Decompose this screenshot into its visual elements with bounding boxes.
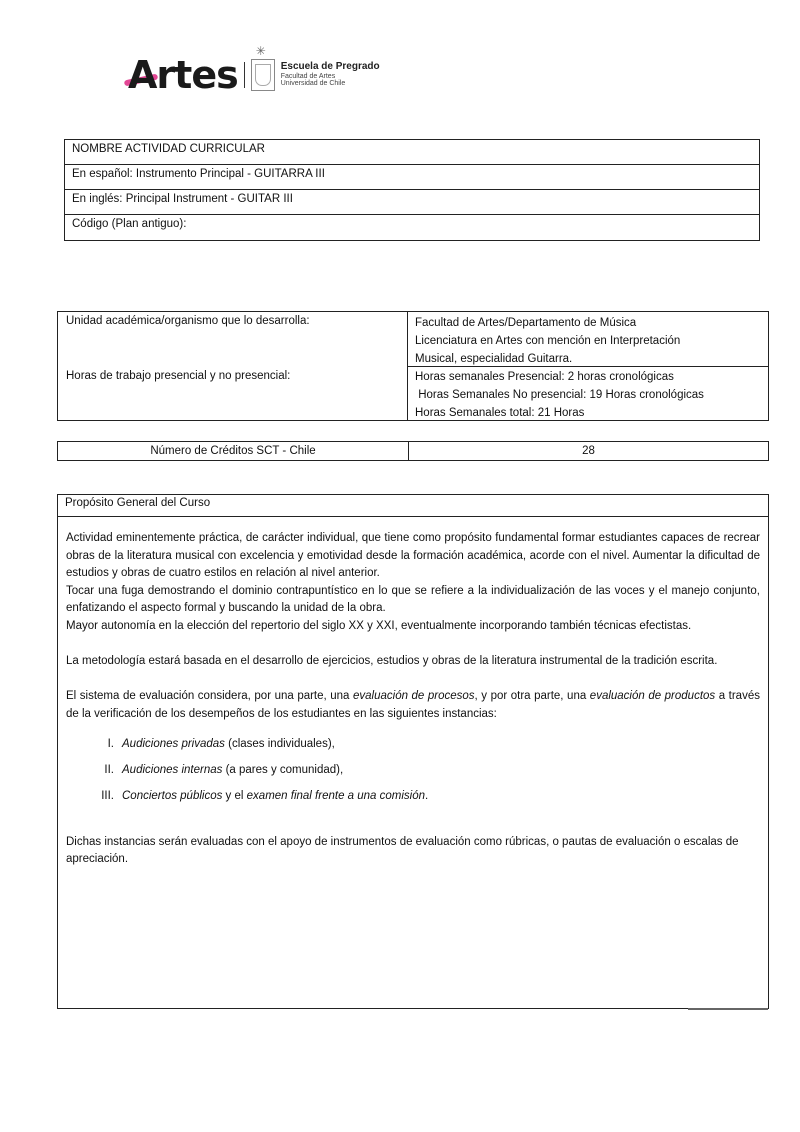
evaluation-instances-list: I. Audiciones privadas (clases individua… (66, 736, 760, 814)
list-number: II. (88, 762, 114, 780)
logo-text: Escuela de Pregrado Facultad de Artes Un… (281, 62, 380, 87)
credits-value: 28 (409, 442, 768, 460)
unit-hours-table: Unidad académica/organismo que lo desarr… (57, 311, 769, 421)
list-text: . (425, 790, 428, 802)
evaluation-paragraph: El sistema de evaluación considera, por … (66, 688, 760, 723)
list-text: (a pares y comunidad), (222, 764, 343, 776)
hours-label: Horas de trabajo presencial y no presenc… (66, 370, 290, 382)
evaluation-products-term: evaluación de productos (590, 690, 715, 702)
border-artifact (688, 1008, 768, 1010)
list-text: y el (222, 790, 246, 802)
activity-code-row: Código (Plan antiguo): (65, 215, 759, 240)
list-term: Audiciones privadas (122, 738, 225, 750)
hours-no-presencial: Horas Semanales No presencial: 19 Horas … (415, 386, 761, 404)
course-purpose-box: Propósito General del Curso Actividad em… (57, 494, 769, 1009)
purpose-paragraph-2: Tocar una fuga demostrando el dominio co… (66, 583, 760, 618)
hours-value: Horas semanales Presencial: 2 horas cron… (408, 367, 768, 423)
purpose-title: Propósito General del Curso (58, 495, 768, 517)
list-item: II. Audiciones internas (a pares y comun… (66, 762, 760, 788)
list-item: III. Conciertos públicos y el examen fin… (66, 788, 760, 814)
unit-value-line: Facultad de Artes/Departamento de Música (415, 314, 761, 332)
instruments-paragraph: Dichas instancias serán evaluadas con el… (66, 834, 760, 869)
logo-faculty: Facultad de Artes (281, 73, 380, 80)
methodology-paragraph: La metodología estará basada en el desar… (66, 653, 760, 671)
list-item: I. Audiciones privadas (clases individua… (66, 736, 760, 762)
purpose-paragraph-3: Mayor autonomía en la elección del reper… (66, 618, 760, 636)
activity-spanish-row: En español: Instrumento Principal - GUIT… (65, 165, 759, 190)
activity-english-row: En inglés: Principal Instrument - GUITAR… (65, 190, 759, 215)
credits-table: Número de Créditos SCT - Chile 28 (57, 441, 769, 461)
university-crest-icon (251, 59, 275, 91)
text: , y por otra parte, una (475, 690, 590, 702)
logo-school: Escuela de Pregrado (281, 62, 380, 73)
unit-value-line: Licenciatura en Artes con mención en Int… (415, 332, 761, 350)
unit-hours-values: Facultad de Artes/Departamento de Música… (408, 312, 768, 420)
unit-label: Unidad académica/organismo que lo desarr… (66, 315, 310, 327)
purpose-body: Actividad eminentemente práctica, de car… (58, 530, 768, 869)
text: El sistema de evaluación considera, por … (66, 690, 353, 702)
logo-divider (244, 62, 245, 88)
activity-title-row: NOMBRE ACTIVIDAD CURRICULAR (65, 140, 759, 165)
school-logo: Artes Escuela de Pregrado Facultad de Ar… (128, 50, 380, 100)
unit-value: Facultad de Artes/Departamento de Música… (408, 312, 768, 367)
list-number: III. (88, 788, 114, 806)
list-text: (clases individuales), (225, 738, 335, 750)
artes-wordmark: Artes (128, 56, 238, 94)
hours-presencial: Horas semanales Presencial: 2 horas cron… (415, 368, 761, 386)
list-term: Audiciones internas (122, 764, 222, 776)
purpose-paragraph-1: Actividad eminentemente práctica, de car… (66, 530, 760, 583)
logo-university: Universidad de Chile (281, 80, 380, 87)
credits-label: Número de Créditos SCT - Chile (58, 442, 409, 460)
activity-name-table: NOMBRE ACTIVIDAD CURRICULAR En español: … (64, 139, 760, 241)
unit-value-line: Musical, especialidad Guitarra. (415, 350, 761, 368)
list-term: examen final frente a una comisión (247, 790, 425, 802)
list-number: I. (88, 736, 114, 754)
evaluation-process-term: evaluación de procesos (353, 690, 475, 702)
unit-hours-labels: Unidad académica/organismo que lo desarr… (58, 312, 408, 420)
hours-total: Horas Semanales total: 21 Horas (415, 404, 761, 422)
logo-word: Artes (128, 53, 238, 97)
list-term: Conciertos públicos (122, 790, 222, 802)
